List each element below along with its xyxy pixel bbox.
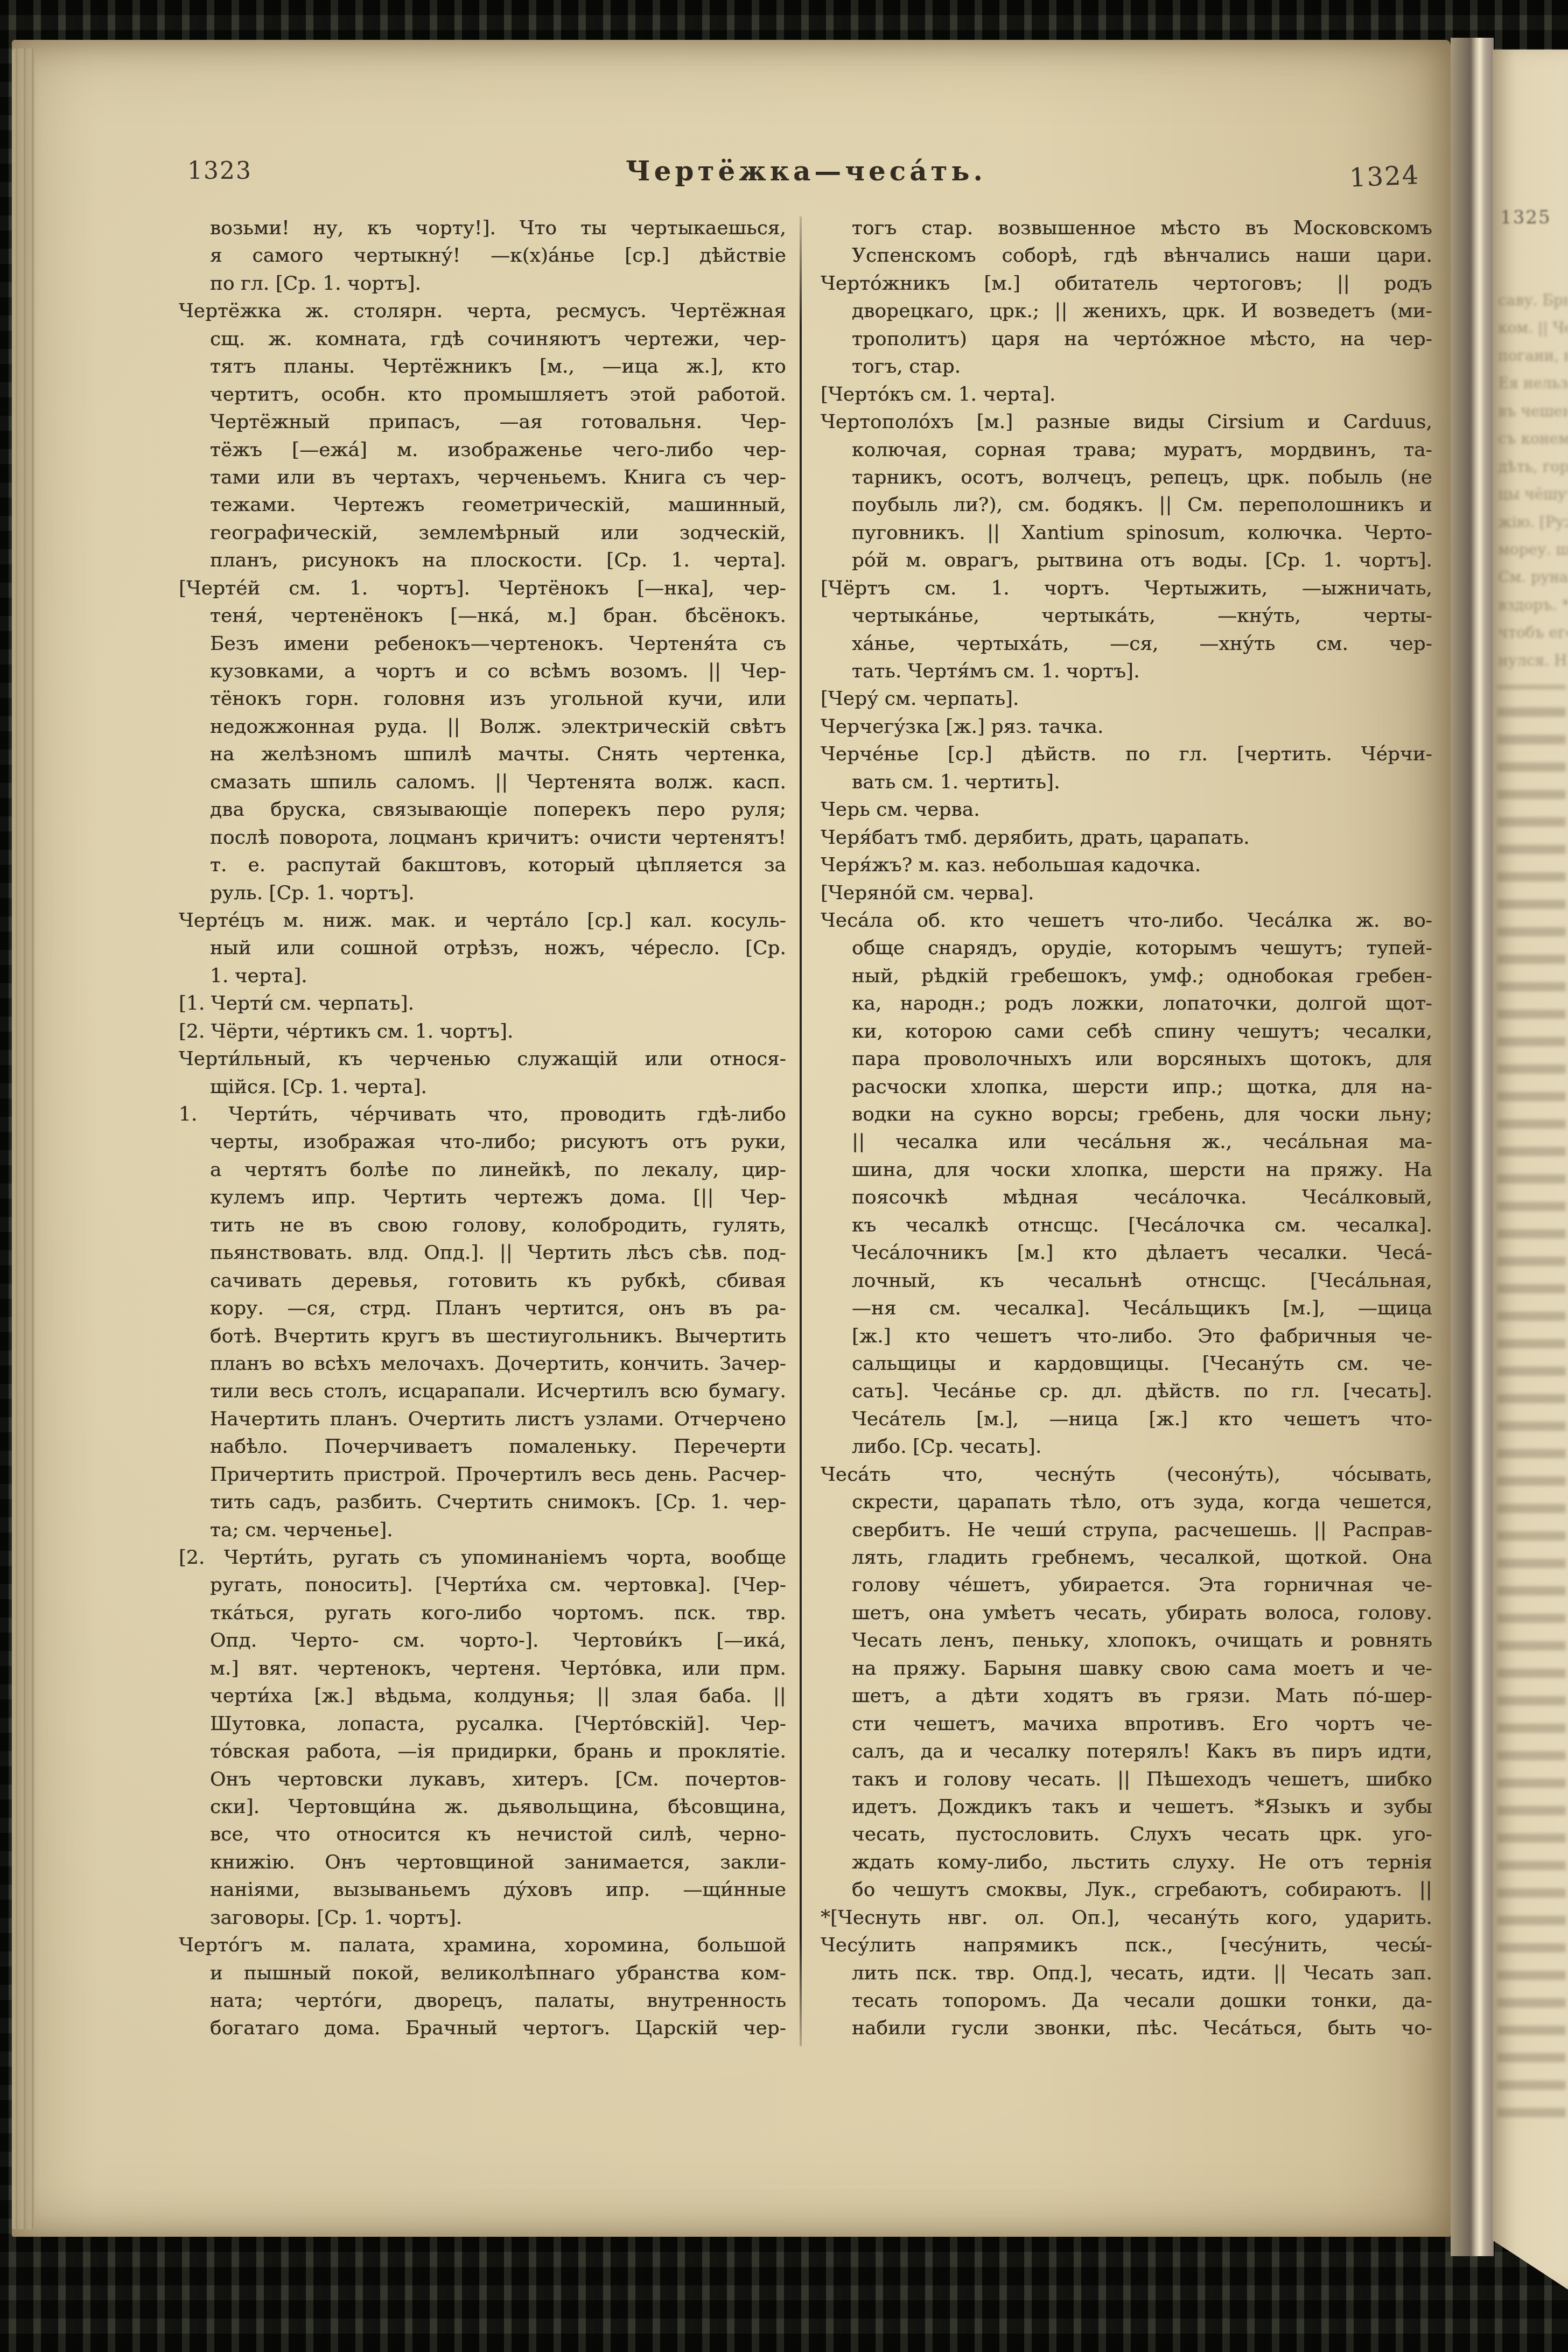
text-line: то́вская работа, —ія придирки, брань и п…	[179, 1738, 786, 1765]
text-line: тили весь столъ, исцарапали. Исчертилъ в…	[179, 1377, 786, 1405]
blurred-text-area	[1497, 685, 1566, 2117]
text-line: тогъ, стар.	[821, 353, 1432, 380]
blurred-text-line: вздоръ. *Уш	[1498, 591, 1568, 619]
text-line: на пряжу. Барыня шавку свою сама моетъ и…	[821, 1655, 1432, 1682]
text-line: черты, изображая что-либо; рисуютъ отъ р…	[179, 1128, 786, 1156]
text-line: [2. Чёрти, че́ртикъ см. 1. чортъ].	[179, 1018, 786, 1045]
binding-gutter-shadow	[1451, 38, 1494, 2256]
text-line: ха́нье, чертыха́ть, —ся, —хну́ть см. чер…	[821, 630, 1432, 657]
text-line: *[Чеснуть нвг. ол. Оп.], чесану́ть кого,…	[821, 1904, 1432, 1931]
text-line: Шутовка, лопаста, русалка. [Черто́вскій]…	[179, 1710, 786, 1738]
text-line: чертыка́нье, чертыка́ть, —кну́ть, черты-	[821, 602, 1432, 629]
text-line: пуговникъ. || Xantium spinosum, колючка.…	[821, 519, 1432, 547]
text-line: кулемъ ипр. Чертить чертежъ дома. [|| Че…	[179, 1184, 786, 1211]
text-line: Начертить планъ. Очертить листъ узлами. …	[179, 1405, 786, 1433]
text-column-left: возьми! ну, къ чорту!]. Что ты чертыкаеш…	[179, 214, 786, 2042]
text-line: расчоски хлопка, шерсти ипр.; щотка, для…	[821, 1073, 1432, 1101]
text-line: Чертёжный припасъ, —ая готовальня. Чер-	[179, 408, 786, 436]
blurred-text-line: нулся. Не ч	[1498, 647, 1568, 674]
text-line: два бруска, связывающіе поперекъ перо ру…	[179, 796, 786, 823]
page-number-right: 1324	[1349, 160, 1420, 193]
text-line: вать см. 1. чертить].	[821, 768, 1432, 796]
blurred-text-line: въ чешенс	[1498, 397, 1568, 425]
text-line: Черя́жъ? м. каз. небольшая кадочка.	[821, 851, 1432, 879]
text-line: чертитъ, особн. кто промышляетъ этой раб…	[179, 381, 786, 408]
text-line: дворецкаго, црк.; || женихъ, црк. И возв…	[821, 297, 1432, 325]
text-line: [Черу́ см. черпать].	[821, 685, 1432, 712]
text-line: я самого чертыкну́! —к(х)а́нье [ср.] дѣй…	[179, 242, 786, 269]
text-line: богатаго дома. Брачный чертогъ. Царскій …	[179, 2014, 786, 2042]
text-line: 1. черта].	[179, 962, 786, 990]
text-line: географическій, землемѣрный или зодческі…	[179, 519, 786, 547]
text-line: щійся. [Ср. 1. черта].	[179, 1073, 786, 1101]
blurred-text-line: дѣть, горѣт	[1498, 453, 1568, 480]
text-line: тятъ планы. Чертёжникъ [м., —ица ж.], кт…	[179, 353, 786, 380]
text-line: сачивать деревья, готовить къ рубкѣ, сби…	[179, 1267, 786, 1294]
text-line: сать]. Чеса́нье ср. дл. дѣйств. по гл. […	[821, 1377, 1432, 1405]
text-line: м.] вят. чертенокъ, чертеня. Черто́вка, …	[179, 1655, 786, 1682]
text-line: все, что относится къ нечистой силѣ, чер…	[179, 1821, 786, 1848]
page-stack-edge	[12, 48, 34, 2229]
text-line: чесать, пустословить. Слухъ чесать црк. …	[821, 1821, 1432, 1848]
text-line: тами или въ чертахъ, черченьемъ. Книга с…	[179, 464, 786, 491]
blurred-text-line: ком. || Чесо	[1498, 314, 1568, 341]
text-line: такъ и голову чесать. || Пѣшеходъ чешетъ…	[821, 1766, 1432, 1793]
text-line: заговоры. [Ср. 1. чортъ].	[179, 1904, 786, 1931]
text-line: Успенскомъ соборѣ, гдѣ вѣнчались наши ца…	[821, 242, 1432, 269]
text-line: [ж.] кто чешетъ что-либо. Это фабричныя …	[821, 1322, 1432, 1350]
text-line: Черь см. черва.	[821, 796, 1432, 823]
blurred-text-line: погани, кри	[1498, 342, 1568, 369]
text-line: книжію. Онъ чертовщиной занимается, закл…	[179, 1849, 786, 1876]
blurred-text-line: См. руна. Ш	[1498, 563, 1568, 591]
blurred-text-line: Ея нельзя ш	[1498, 369, 1568, 397]
text-line: сти чешетъ, мачиха впротивъ. Его чортъ ч…	[821, 1710, 1432, 1738]
text-line: т. е. распутай бакштовъ, который цѣпляет…	[179, 851, 786, 879]
text-line: скрести, царапать тѣло, отъ зуда, когда …	[821, 1488, 1432, 1516]
text-line: Чесу́лить напрямикъ пск., [чесу́нить, че…	[821, 1931, 1432, 1959]
blurred-text-line: саву. Брюзж	[1498, 286, 1568, 314]
text-line: смазать шпиль саломъ. || Чертенята волж.…	[179, 768, 786, 796]
text-line: водки на сукно ворсы; гребень, для чоски…	[821, 1101, 1432, 1128]
text-line: [Черто́къ см. 1. черта].	[821, 381, 1432, 408]
adjacent-page-text: саву. Брюзжком. || Чесопогани, криЕя нел…	[1498, 286, 1568, 674]
text-line: трополитъ) царя на черто́жное мѣсто, на …	[821, 325, 1432, 353]
text-line: поубыль ли?), см. бодякъ. || См. перепол…	[821, 491, 1432, 519]
text-line: Опд. Черто- см. чорто-]. Чертови́къ [—ик…	[179, 1627, 786, 1654]
text-line: голову че́шетъ, убирается. Эта горничная…	[821, 1571, 1432, 1599]
text-line: Чеса́ла об. кто чешетъ что-либо. Чеса́лк…	[821, 907, 1432, 934]
text-line: шетъ, а дѣти ходятъ въ грязи. Мать по́-ш…	[821, 1682, 1432, 1710]
blurred-text-line: чтобъ его н	[1498, 619, 1568, 646]
blurred-text-line: цы чёшутся	[1498, 480, 1568, 508]
text-line: ната; черто́ги, дворецъ, палаты, внутрен…	[179, 1987, 786, 2014]
text-line: тать. Чертя́мъ см. 1. чортъ].	[821, 657, 1432, 685]
running-head-title: Чертёжка—чеса́ть.	[179, 155, 1433, 187]
text-line: набили гусли звонки, пѣс. Чеса́ться, быт…	[821, 2014, 1432, 2042]
text-line: ботѣ. Вчертить кругъ въ шестиугольникъ. …	[179, 1322, 786, 1350]
text-line: Черчегу́зка [ж.] ряз. тачка.	[821, 713, 1432, 740]
text-line: тогъ стар. возвышенное мѣсто въ Московск…	[821, 214, 1432, 242]
text-line: Чеса́лочникъ [м.] кто дѣлаетъ чесалки. Ч…	[821, 1239, 1432, 1266]
text-line: либо. [Ср. чесать].	[821, 1433, 1432, 1460]
text-line: и пышный покой, великолѣпнаго убранства …	[179, 1959, 786, 1987]
adjacent-page-edge: 1325 саву. Брюзжком. || Чесопогани, криЕ…	[1493, 50, 1568, 2290]
text-line: черти́ха [ж.] вѣдьма, колдунья; || злая …	[179, 1682, 786, 1710]
text-line: Чеса́тель [м.], —ница [ж.] кто чешетъ чт…	[821, 1405, 1432, 1433]
text-line: къ чесалкѣ отнсщс. [Чеса́лочка см. чесал…	[821, 1212, 1432, 1239]
text-line: шина, для чоски хлопка, шерсти на пряжу.…	[821, 1156, 1432, 1184]
text-line: тарникъ, осотъ, волчецъ, репецъ, црк. по…	[821, 464, 1432, 491]
text-line: та; см. черченье].	[179, 1516, 786, 1544]
text-line: руль. [Ср. 1. чортъ].	[179, 879, 786, 907]
text-line: ный, рѣдкій гребешокъ, умф.; однобокая г…	[821, 962, 1432, 990]
text-line: [Черте́й см. 1. чортъ]. Чертёнокъ [—нка]…	[179, 575, 786, 602]
text-line: свербитъ. Не чеши́ струпа, расчешешь. ||…	[821, 1516, 1432, 1544]
text-line: ски]. Чертовщи́на ж. дьявольщина, бѣсовщ…	[179, 1793, 786, 1821]
text-line: а чертятъ болѣе по линейкѣ, по лекалу, ц…	[179, 1156, 786, 1184]
text-line: бо чешутъ смоквы, Лук., сгребаютъ, собир…	[821, 1876, 1432, 1903]
text-line: недожжонная руда. || Волж. электрическій…	[179, 713, 786, 740]
text-line: ждать кому-либо, льстить слуху. Не отъ т…	[821, 1849, 1432, 1876]
text-line: ругать, поносить]. [Черти́ха см. чертовк…	[179, 1571, 786, 1599]
text-line: [2. Черти́ть, ругать съ упоминаніемъ чор…	[179, 1544, 786, 1571]
text-line: || чесалка или чеса́льня ж., чеса́льная …	[821, 1128, 1432, 1156]
text-line: поясочкѣ мѣдная чеса́лочка. Чеса́лковый,	[821, 1184, 1432, 1211]
text-line: пьянствовать. влд. Опд.]. || Чертить лѣс…	[179, 1239, 786, 1266]
text-line: сщ. ж. комната, гдѣ сочиняютъ чертежи, ч…	[179, 325, 786, 353]
text-line: лять, гладить гребнемъ, чесалкой, щоткой…	[821, 1544, 1432, 1571]
text-line: идетъ. Дождикъ такъ и чешетъ. *Языкъ и з…	[821, 1793, 1432, 1821]
text-line: теня́, чертенёнокъ [—нка́, м.] бран. бѣс…	[179, 602, 786, 629]
scanned-dictionary-page: 1323 Чертёжка—чеса́ть. 1324 возьми! ну, …	[0, 0, 1568, 2352]
text-line: лить пск. твр. Опд.], чесать, идти. || Ч…	[821, 1959, 1432, 1987]
text-line: Черто́жникъ [м.] обитатель чертоговъ; ||…	[821, 270, 1432, 297]
text-line: [Черяно́й см. черва].	[821, 879, 1432, 907]
text-line: колючая, сорная трава; муратъ, мордвинъ,…	[821, 436, 1432, 464]
text-line: послѣ поворота, лоцманъ кричитъ: очисти …	[179, 824, 786, 851]
text-line: возьми! ну, къ чорту!]. Что ты чертыкаеш…	[179, 214, 786, 242]
text-line: Черти́льный, къ черченью служащій или от…	[179, 1045, 786, 1073]
text-line: обще снарядъ, орудіе, которымъ чешутъ; т…	[821, 934, 1432, 962]
text-line: Причертить пристрой. Прочертилъ весь ден…	[179, 1461, 786, 1488]
text-line: наніями, вызываньемъ ду́ховъ ипр. —щи́нн…	[179, 1876, 786, 1903]
text-line: пара проволочныхъ или ворсяныхъ щотокъ, …	[821, 1045, 1432, 1073]
text-line: ка, народн.; родъ ложки, лопаточки, долг…	[821, 990, 1432, 1017]
column-divider-rule	[800, 216, 802, 2046]
text-line: [1. Черти́ см. черпать].	[179, 990, 786, 1017]
text-line: тить садъ, разбить. Счертить снимокъ. [С…	[179, 1488, 786, 1516]
text-line: шетъ, она умѣетъ чесать, убирать волоса,…	[821, 1599, 1432, 1627]
text-line: тёжъ [—ежа́] м. изображенье чего-либо че…	[179, 436, 786, 464]
text-line: ро́й м. оврагъ, рытвина отъ воды. [Ср. 1…	[821, 547, 1432, 574]
text-line: ный или сошной отрѣзъ, ножъ, че́ресло. […	[179, 934, 786, 962]
text-line: лочный, къ чесальнѣ отнсщс. [Чеса́льная,	[821, 1267, 1432, 1294]
text-line: на желѣзномъ шпилѣ мачты. Снять чертенка…	[179, 740, 786, 768]
text-line: кузовками, а чортъ и со всѣмъ возомъ. ||…	[179, 657, 786, 685]
text-line: сальщицы и кардовщицы. [Чесану́ть см. че…	[821, 1350, 1432, 1377]
text-line: Безъ имени ребенокъ—чертенокъ. Чертеня́т…	[179, 630, 786, 657]
text-line: —ня см. чесалка]. Чеса́льщикъ [м.], —щиц…	[821, 1294, 1432, 1322]
text-line: Черте́цъ м. ниж. мак. и черта́ло [ср.] к…	[179, 907, 786, 934]
text-line: Чеса́ть что, чесну́ть (чесону́ть), чо́сы…	[821, 1461, 1432, 1488]
text-line: тежами. Чертежъ геометрическій, машинный…	[179, 491, 786, 519]
text-line: планъ во всѣхъ мелочахъ. Дочертить, конч…	[179, 1350, 786, 1377]
text-line: Черче́нье [ср.] дѣйств. по гл. [чертить.…	[821, 740, 1432, 768]
text-line: Чертёжка ж. столярн. черта, ресмусъ. Чер…	[179, 297, 786, 325]
text-line: ки, которою сами себѣ спину чешутъ; чеса…	[821, 1018, 1432, 1045]
text-line: 1. Черти́ть, че́рчивать что, проводить г…	[179, 1101, 786, 1128]
text-line: тка́ться, ругать кого-либо чортомъ. пск.…	[179, 1599, 786, 1627]
text-line: планъ, рисунокъ на плоскости. [Ср. 1. че…	[179, 547, 786, 574]
blurred-text-line: съ конемъ, к	[1498, 425, 1568, 452]
text-line: тить не въ свою голову, колобродить, гул…	[179, 1212, 786, 1239]
text-line: салъ, да и чесалку потерялъ! Какъ въ пир…	[821, 1738, 1432, 1765]
text-line: Чесать ленъ, пеньку, хлопокъ, очищать и …	[821, 1627, 1432, 1654]
text-line: тёнокъ горн. головня изъ угольной кучи, …	[179, 685, 786, 712]
blurred-text-line: мореу. шир	[1498, 536, 1568, 563]
text-line: Черто́гъ м. палата, храмина, хоромина, б…	[179, 1931, 786, 1959]
text-line: Чертополо́хъ [м.] разные виды Cirsium и …	[821, 408, 1432, 436]
text-line: Онъ чертовски лукавъ, хитеръ. [См. почер…	[179, 1766, 786, 1793]
text-column-right: тогъ стар. возвышенное мѣсто въ Московск…	[821, 214, 1432, 2042]
text-line: Черя́батъ тмб. дерябить, драть, царапать…	[821, 824, 1432, 851]
blurred-text-line: жію. [Руж	[1498, 508, 1568, 536]
adjacent-page-number: 1325	[1500, 207, 1551, 228]
text-line: тесать топоромъ. Да чесали дошки тонки, …	[821, 1987, 1432, 2014]
text-line: по гл. [Ср. 1. чортъ].	[179, 270, 786, 297]
text-line: кору. —ся, стрд. Планъ чертится, онъ въ …	[179, 1294, 786, 1322]
text-line: [Чёртъ см. 1. чортъ. Чертыжить, —ыжничат…	[821, 575, 1432, 602]
text-line: набѣло. Почерчиваетъ помаленьку. Перечер…	[179, 1433, 786, 1460]
